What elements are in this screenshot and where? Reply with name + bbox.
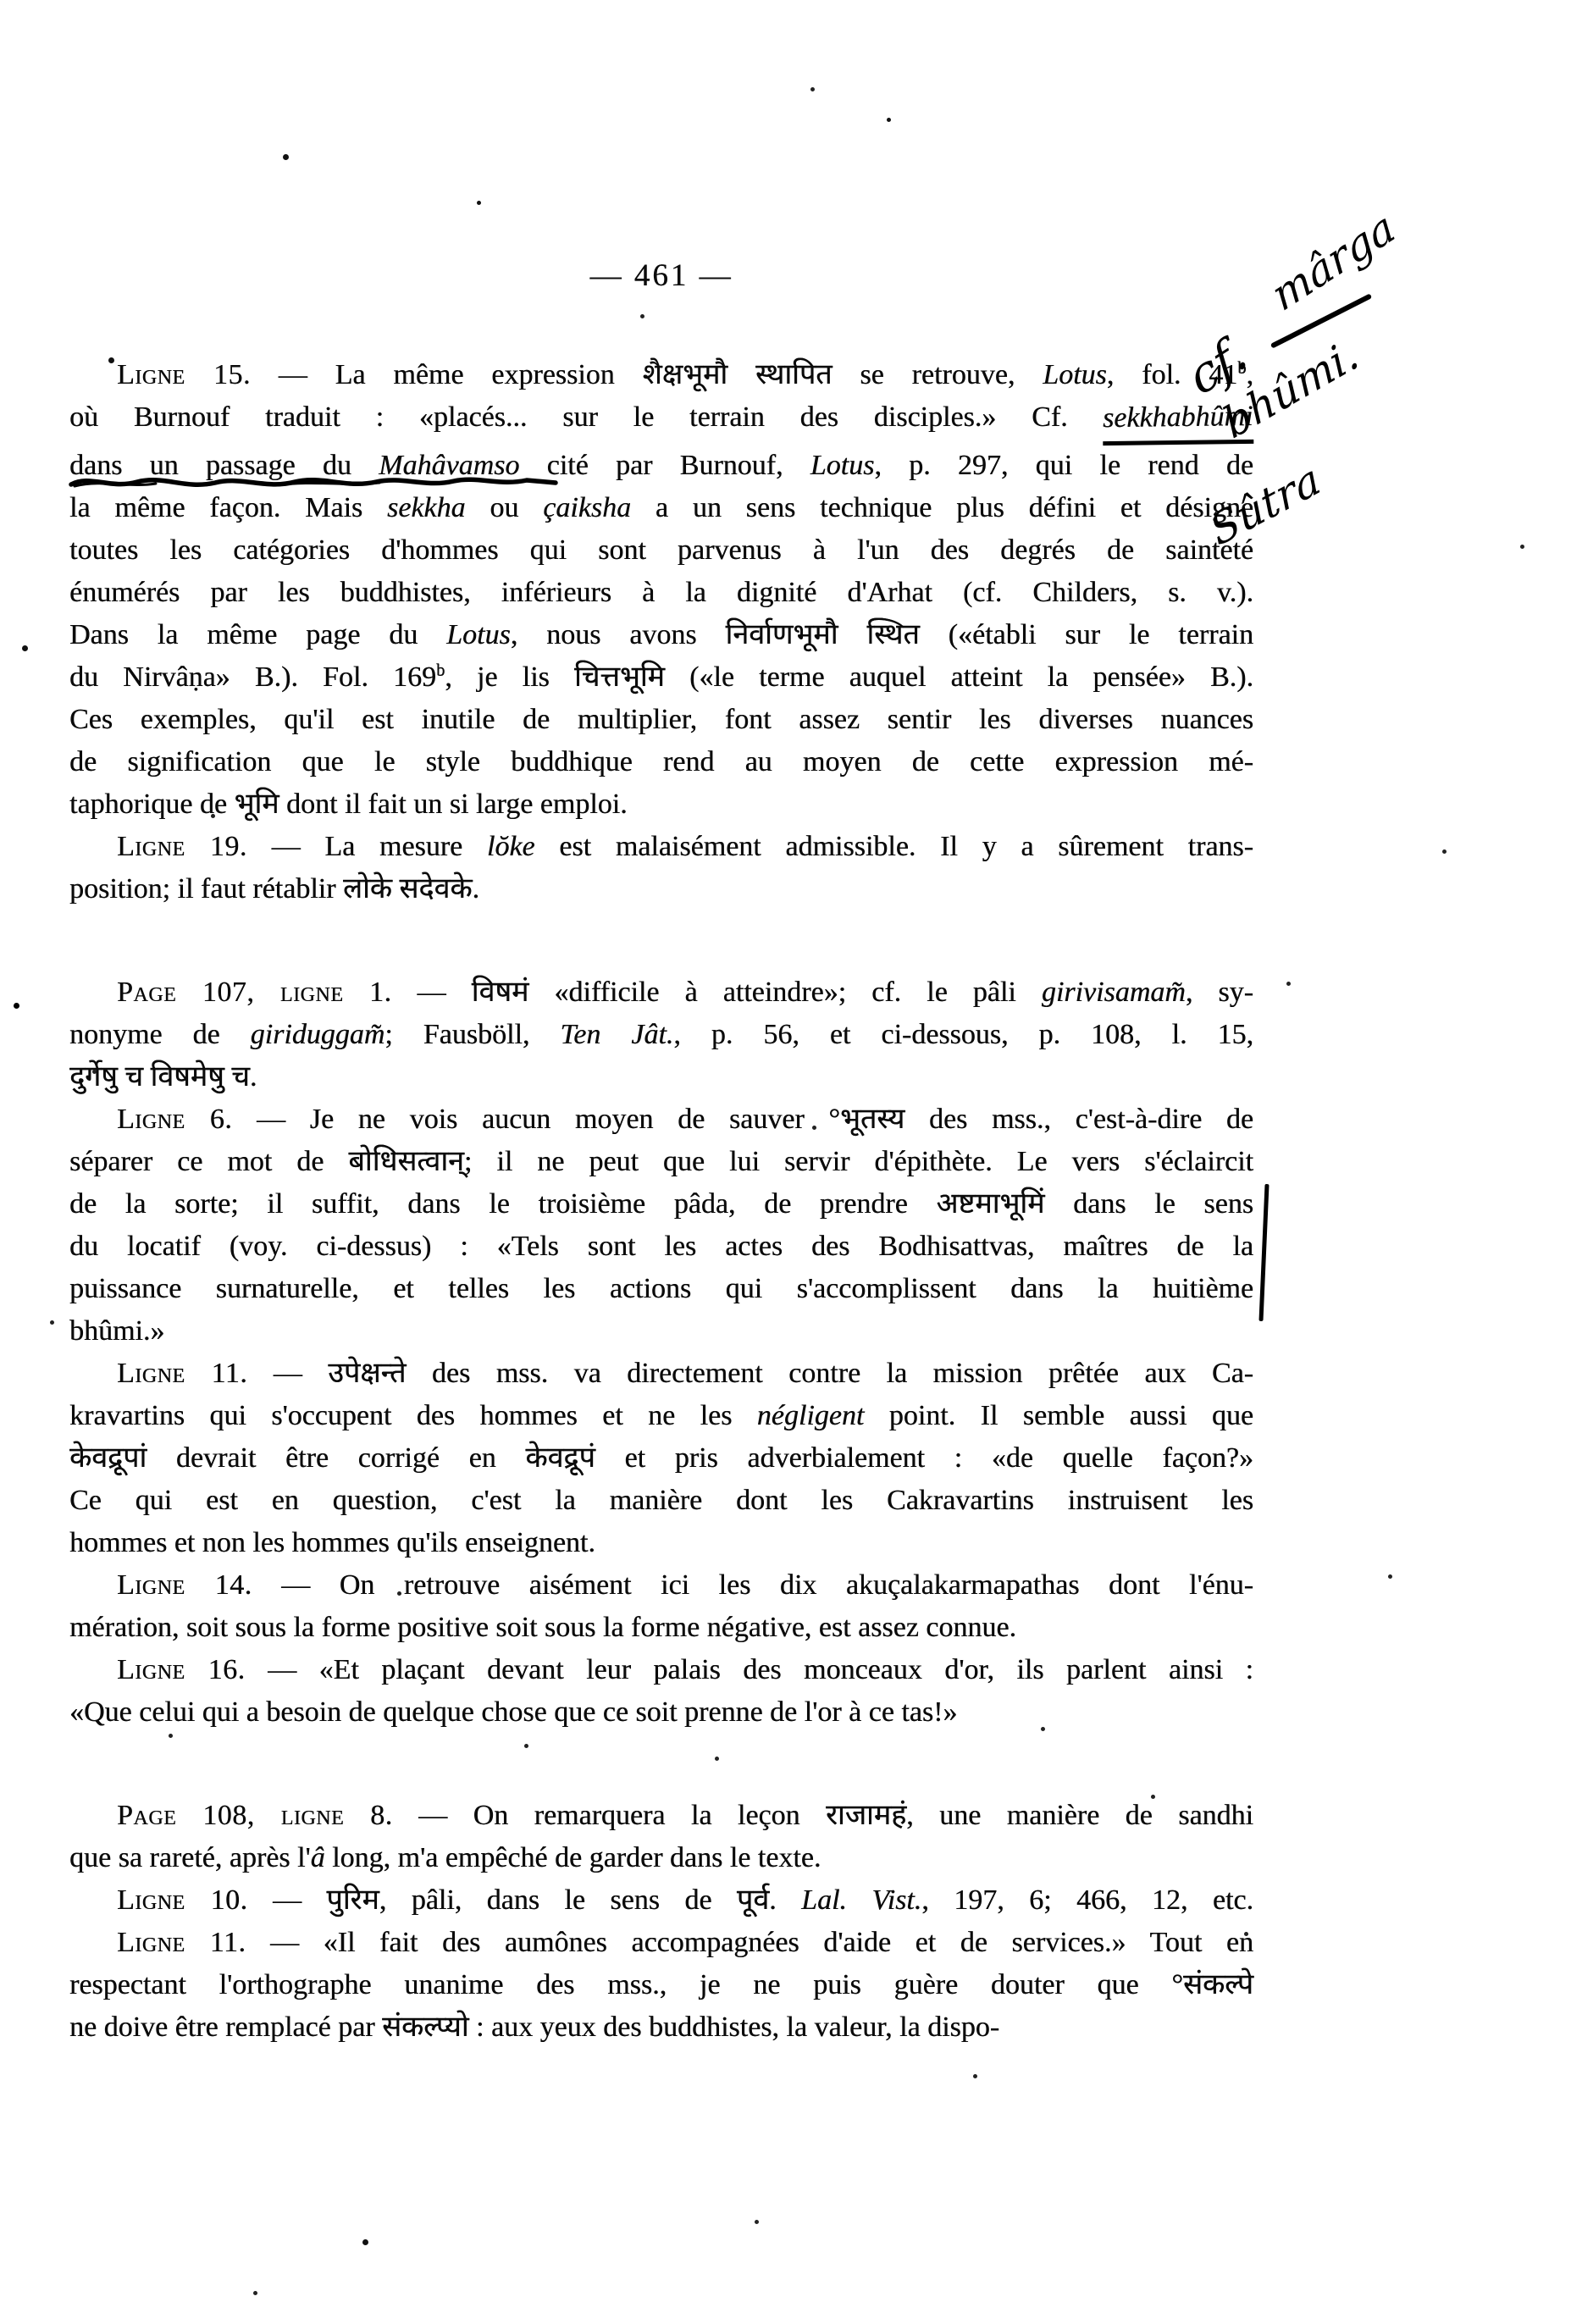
text-segment: — Je ne vois aucun moyen de sauver ° (232, 1104, 840, 1135)
text-segment: Ces exemples, qu'il est inutile de multi… (69, 704, 1253, 735)
text-segment: «Que celui qui a besoin de quelque chose… (69, 1696, 957, 1728)
text-segment: . (472, 873, 479, 905)
text-segment: — «Il fait des aumônes accompagnées d'ai… (246, 1927, 1253, 1958)
text-segment: du locatif (voy. ci-dessus) : «Tels sont… (69, 1231, 1253, 1262)
text-segment: giriduggam̃ (251, 1019, 385, 1050)
paragraph-ligne-16: Ligne 16. — «Et plaçant devant leur pala… (69, 1649, 1253, 1734)
text-segment: : aux yeux des buddhistes, la valeur, la… (469, 2011, 1000, 2043)
text-segment: Lotus (810, 450, 875, 481)
text-segment: de signification que le style buddhique … (69, 746, 1253, 777)
text-segment: Ligne 14. (117, 1569, 252, 1601)
text-segment: , sy- (1186, 977, 1253, 1008)
devanagari-text: लोके सदेवके (343, 873, 473, 905)
text-segment: de la sorte; il suffit, dans le troisièm… (69, 1188, 936, 1220)
paragraph-ligne-11-b: Ligne 11. — «Il fait des aumônes accompa… (69, 1922, 1253, 2049)
text-segment: ; Fausböll, (384, 1019, 560, 1050)
text-segment: puissance surnaturelle, et telles les ac… (69, 1273, 1253, 1304)
text-line: du Nirvâṇa» B.). Fol. 169b, je lis चित्त… (69, 656, 1253, 699)
text-line: toutes les catégories d'hommes qui sont … (69, 529, 1253, 572)
text-segment: — La mesure (247, 831, 487, 862)
devanagari-text: विषमं (472, 977, 529, 1008)
text-segment: taphorique de (69, 788, 235, 820)
text-segment: toutes les catégories d'hommes qui sont … (69, 534, 1253, 566)
text-line: de la sorte; il suffit, dans le troisièm… (69, 1183, 1253, 1226)
text-segment: , p. 56, et ci-dessous, p. 108, l. 15, (673, 1019, 1253, 1050)
text-line: Ligne 6. — Je ne vois aucun moyen de sau… (69, 1098, 1253, 1141)
text-line: taphorique de भूमि dont il fait un si la… (69, 783, 1253, 826)
text-line: Dans la même page du Lotus, nous avons न… (69, 614, 1253, 656)
devanagari-text: संकल्प्यो (382, 2011, 468, 2043)
text-line: Ligne 15. — La même expression शैक्षभूमौ… (69, 354, 1253, 396)
text-segment: — On remarquera la leçon (393, 1800, 826, 1831)
text-line: दुर्गेषु च विषमेषु च. (69, 1056, 1253, 1098)
pen-margin-stroke (1258, 1184, 1269, 1321)
text-segment: Ligne 15. (117, 359, 251, 390)
text-segment: çaiksha (543, 492, 631, 523)
text-segment: ; il ne peut que lui servir d'épithète. … (464, 1146, 1253, 1177)
devanagari-text: चित्तभूमि (574, 661, 665, 693)
text-segment: , 197, 6; 466, 12, etc. (921, 1884, 1253, 1916)
text-segment: des mss. va directement contre la missio… (406, 1358, 1253, 1389)
text-segment: ou (466, 492, 544, 523)
text-segment: Ce qui est en question, c'est la manière… (69, 1485, 1253, 1516)
text-segment: . (769, 1884, 801, 1916)
text-segment: hommes et non les hommes qu'ils enseigne… (69, 1527, 595, 1558)
paragraph-page-108-ligne-8: Page 108, ligne 8. — On remarquera la le… (69, 1795, 1253, 1879)
text-segment: des mss., c'est-à-dire de (904, 1104, 1253, 1135)
text-block: Ligne 15. — La même expression शैक्षभूमौ… (69, 354, 1253, 2049)
text-segment: Ligne 16. (117, 1654, 246, 1685)
paragraph-page-107-ligne-1: Page 107, ligne 1. — विषमं «difficile à … (69, 971, 1253, 1098)
text-segment: mération, soit sous la forme positive so… (69, 1612, 1016, 1643)
text-segment: kravartins qui s'occupent des hommes et … (69, 1400, 757, 1431)
text-segment: a un sens technique plus défini et désig… (631, 492, 1253, 523)
text-segment: sekkha (387, 492, 466, 523)
text-line: kravartins qui s'occupent des hommes et … (69, 1395, 1253, 1437)
text-line: du locatif (voy. ci-dessus) : «Tels sont… (69, 1226, 1253, 1268)
text-line: respectant l'orthographe unanime des mss… (69, 1964, 1253, 2006)
text-segment: du Nirvâṇa» B.). Fol. 169 (69, 661, 436, 693)
text-line: Page 107, ligne 1. — विषमं «difficile à … (69, 971, 1253, 1014)
text-segment: Lal. Vist. (801, 1884, 921, 1916)
text-segment: Ligne 10. (117, 1884, 248, 1916)
devanagari-text: निर्वाणभूमौ स्थित (725, 619, 919, 650)
text-segment: Dans la même page du (69, 619, 446, 650)
text-segment: — La même expression (251, 359, 643, 390)
text-segment: se retrouve, (833, 359, 1043, 390)
paragraph-ligne-11: Ligne 11. — उपेक्षन्ते des mss. va direc… (69, 1353, 1253, 1564)
text-line: Ligne 16. — «Et plaçant devant leur pala… (69, 1649, 1253, 1691)
paragraph-ligne-10: Ligne 10. — पुरिम, pâli, dans le sens de… (69, 1879, 1253, 1922)
text-segment: b (436, 661, 445, 680)
text-line: ne doive être remplacé par संकल्प्यो : a… (69, 2006, 1253, 2049)
paragraph-ligne-19: Ligne 19. — La mesure lŏke est malaiséme… (69, 826, 1253, 910)
devanagari-text: पुरिम (326, 1884, 379, 1916)
text-line: position; il faut rétablir लोके सदेवके. (69, 868, 1253, 910)
text-segment: séparer ce mot de (69, 1146, 348, 1177)
devanagari-text: पूर्व (737, 1884, 769, 1916)
text-segment: Ligne 19. (117, 831, 247, 862)
text-line: Ces exemples, qu'il est inutile de multi… (69, 699, 1253, 741)
devanagari-text: भूमि (235, 788, 279, 820)
text-line: Ligne 11. — उपेक्षन्ते des mss. va direc… (69, 1353, 1253, 1395)
devanagari-text: संकल्पे (1183, 1969, 1253, 2000)
text-line: Ligne 11. — «Il fait des aumônes accompa… (69, 1922, 1253, 1964)
text-segment: («le terme auquel atteint la pensée» B.)… (665, 661, 1253, 693)
text-segment: dans le sens (1044, 1188, 1253, 1220)
text-line: mération, soit sous la forme positive so… (69, 1607, 1253, 1649)
text-segment: — On retrouve aisément ici les dix akuça… (252, 1569, 1253, 1601)
text-line: «Que celui qui a besoin de quelque chose… (69, 1691, 1253, 1734)
text-segment: — «Et plaçant devant leur palais des mon… (246, 1654, 1253, 1685)
text-segment: Ligne 11. (117, 1358, 247, 1389)
devanagari-text: राजामहं (826, 1800, 906, 1831)
text-segment: , une manière de sandhi (906, 1800, 1253, 1831)
text-segment: que sa rareté, après l' (69, 1842, 311, 1873)
devanagari-text: बोधिसत्वान् (348, 1146, 464, 1177)
devanagari-text: उपेक्षन्ते (328, 1358, 406, 1389)
text-segment: respectant l'orthographe unanime des mss… (69, 1969, 1183, 2000)
text-segment: — (247, 1358, 328, 1389)
text-line: que sa rareté, après l'â long, m'a empêc… (69, 1837, 1253, 1879)
text-segment: position; il faut rétablir (69, 873, 343, 905)
text-segment: , nous avons (511, 619, 726, 650)
scanned-book-page: — 461 — Ligne 15. — La même expression श… (0, 0, 1571, 2324)
devanagari-text: भूतस्य (840, 1104, 904, 1135)
devanagari-text: दुर्गेषु च विषमेषु च (69, 1061, 250, 1093)
scan-noise-dots (0, 0, 3, 3)
text-segment: dont il fait un si large emploi. (279, 788, 628, 820)
text-line: Ce qui est en question, c'est la manière… (69, 1480, 1253, 1522)
text-segment: où Burnouf traduit : «placés... sur le t… (69, 401, 1103, 433)
text-segment: nonyme de (69, 1019, 251, 1050)
text-segment: devrait être corrigé en (147, 1442, 525, 1474)
text-segment: ne doive être remplacé par (69, 2011, 382, 2043)
text-line: hommes et non les hommes qu'ils enseigne… (69, 1522, 1253, 1564)
text-segment: . (250, 1061, 257, 1093)
text-segment: énumérés par les buddhistes, inférieurs … (69, 577, 1253, 608)
paragraph-ligne-6: Ligne 6. — Je ne vois aucun moyen de sau… (69, 1098, 1253, 1353)
devanagari-text: केवद्रूपां (69, 1442, 147, 1474)
text-line: Page 108, ligne 8. — On remarquera la le… (69, 1795, 1253, 1837)
text-segment: bhûmi.» (69, 1315, 164, 1347)
text-segment: , pâli, dans le sens de (379, 1884, 737, 1916)
text-line: Ligne 14. — On retrouve aisément ici les… (69, 1564, 1253, 1607)
text-line: Ligne 19. — La mesure lŏke est malaiséme… (69, 826, 1253, 868)
text-segment: long, m'a empêché de garder dans le text… (325, 1842, 821, 1873)
text-segment: Lotus (446, 619, 511, 650)
text-segment: Ligne 11. (117, 1927, 246, 1958)
text-segment: lŏke (487, 831, 535, 862)
text-line: énumérés par les buddhistes, inférieurs … (69, 572, 1253, 614)
paragraph-ligne-14: Ligne 14. — On retrouve aisément ici les… (69, 1564, 1253, 1649)
text-line: de signification que le style buddhique … (69, 741, 1253, 783)
devanagari-text: केवद्रूपं (525, 1442, 595, 1474)
margin-note-sutra: Sûtra (1203, 454, 1327, 556)
text-segment: négligent (757, 1400, 865, 1431)
text-segment: Ligne 6. (117, 1104, 232, 1135)
text-line: où Burnouf traduit : «placés... sur le t… (69, 396, 1253, 445)
text-line: la même façon. Mais sekkha ou çaiksha a … (69, 487, 1253, 529)
text-segment: girivisamam̃ (1042, 977, 1186, 1008)
text-line: केवद्रूपां devrait être corrigé en केवद्… (69, 1437, 1253, 1480)
text-line: séparer ce mot de बोधिसत्वान्; il ne peu… (69, 1141, 1253, 1183)
text-segment: est malaisément admissible. Il y a sûrem… (535, 831, 1253, 862)
text-segment: Lotus (1043, 359, 1107, 390)
text-line: nonyme de giriduggam̃; Fausböll, Ten Jât… (69, 1014, 1253, 1056)
text-line: puissance surnaturelle, et telles les ac… (69, 1268, 1253, 1310)
handwritten-margin-note: cf. mârga bhûmi. Sûtra (1187, 210, 1571, 608)
text-segment: , je lis (445, 661, 574, 693)
text-segment: la même façon. Mais (69, 492, 387, 523)
paragraph-ligne-15: Ligne 15. — La même expression शैक्षभूमौ… (69, 354, 1253, 826)
pen-wavy-underline (66, 469, 574, 493)
page-number: — 461 — (69, 257, 1253, 294)
text-segment: Page 108, ligne 8. (117, 1800, 393, 1831)
text-segment: Ten Jât. (560, 1019, 673, 1050)
text-segment: et pris adverbialement : «de quelle faço… (595, 1442, 1253, 1474)
text-segment: «difficile à atteindre»; cf. le pâli (528, 977, 1042, 1008)
margin-note-marga: mârga (1264, 202, 1402, 321)
text-line: bhûmi.» (69, 1310, 1253, 1353)
text-line: Ligne 10. — पुरिम, pâli, dans le sens de… (69, 1879, 1253, 1922)
text-segment: — (391, 977, 471, 1008)
text-segment: â (311, 1842, 325, 1873)
devanagari-text: शैक्षभूमौ स्थापित (643, 359, 833, 390)
text-segment: point. Il semble aussi que (864, 1400, 1253, 1431)
text-segment: — (248, 1884, 327, 1916)
text-segment: («établi sur le terrain (920, 619, 1253, 650)
devanagari-text: अष्टमाभूमिं (936, 1188, 1044, 1220)
text-segment: Page 107, ligne 1. (117, 977, 391, 1008)
